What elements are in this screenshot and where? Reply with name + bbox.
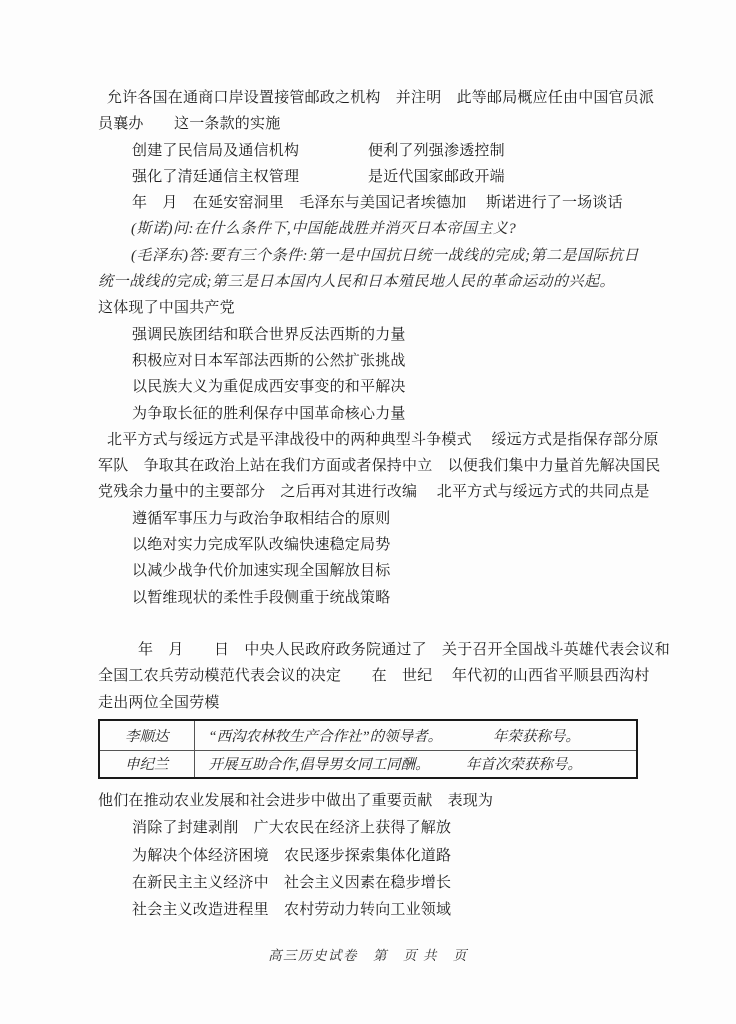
postal-option-b: 便利了列强渗透控制	[368, 138, 505, 164]
laborer-desc-cell: 开展互助合作,倡导男女同工同酬。 年首次荣获称号。	[194, 750, 637, 778]
exam-body-upper: 允许各国在通商口岸设置接管邮政之机构 并注明 此等邮局概应任由中国官员派 员襄办…	[98, 85, 640, 611]
snow-option-a: 强调民族团结和联合世界反法西斯的力量	[98, 322, 640, 348]
postal-option-c: 强化了清廷通信主权管理	[132, 164, 299, 190]
laomo-stem-line-3: 走出两位全国劳模	[98, 690, 640, 716]
snow-quote-line-3: 统一战线的完成;第三是日本国内人民和日本殖民地人民的革命运动的兴起。	[98, 269, 640, 295]
beiping-option-b: 以绝对实力完成军队改编快速稳定局势	[98, 532, 640, 558]
laomo-stem-line-2: 全国工农兵劳动模范代表会议的决定 在 世纪 年代初的山西省平顺县西沟村	[98, 663, 640, 689]
beiping-stem-line-2: 军队 争取其在政治上站在我们方面或者保持中立 以便我们集中力量首先解决国民	[98, 453, 640, 479]
table-row: 李顺达 “西沟农林牧生产合作社”的领导者。 年荣获称号。	[99, 720, 637, 750]
beiping-option-d: 以暂维现状的柔性手段侧重于统战策略	[98, 585, 640, 611]
laborer-name-cell: 申纪兰	[99, 750, 194, 778]
laomo-option-d: 社会主义改造进程里 农村劳动力转向工业领域	[98, 896, 640, 923]
page-footer: 高三历史试卷 第 页 共 页	[0, 944, 736, 964]
snow-option-b: 积极应对日本军部法西斯的公然扩张挑战	[98, 348, 640, 374]
beiping-stem-line-1: 北平方式与绥远方式是平津战役中的两种典型斗争模式 绥远方式是指保存部分原	[98, 427, 640, 453]
laomo-stem-after: 他们在推动农业发展和社会进步中做出了重要贡献 表现为	[98, 787, 640, 814]
laborer-name-cell: 李顺达	[99, 720, 194, 750]
snow-quote-line-2: (毛泽东)答:要有三个条件:第一是中国抗日统一战线的完成;第二是国际抗日	[98, 243, 640, 269]
exam-page: 允许各国在通商口岸设置接管邮政之机构 并注明 此等邮局概应任由中国官员派 员襄办…	[0, 0, 736, 1024]
table-row: 申纪兰 开展互助合作,倡导男女同工同酬。 年首次荣获称号。	[99, 750, 637, 778]
snow-stem-line-1: 年 月 在延安窑洞里 毛泽东与美国记者埃德加 斯诺进行了一场谈话	[98, 190, 640, 216]
postal-stem-line-2: 员襄办 这一条款的实施	[98, 111, 640, 137]
beiping-option-c: 以减少战争代价加速实现全国解放目标	[98, 558, 640, 584]
laomo-options-block: 他们在推动农业发展和社会进步中做出了重要贡献 表现为 消除了封建剥削 广大农民在…	[98, 787, 640, 923]
snow-option-d: 为争取长征的胜利保存中国革命核心力量	[98, 401, 640, 427]
beiping-stem-line-3: 党残余力量中的主要部分 之后再对其进行改编 北平方式与绥远方式的共同点是	[98, 479, 640, 505]
postal-option-row-1: 创建了民信局及通信机构 便利了列强渗透控制	[98, 138, 640, 164]
laomo-option-a: 消除了封建剥削 广大农民在经济上获得了解放	[98, 814, 640, 841]
snow-quote-line-1: (斯诺)问:在什么条件下,中国能战胜并消灭日本帝国主义?	[98, 216, 640, 242]
postal-option-row-2: 强化了清廷通信主权管理 是近代国家邮政开端	[98, 164, 640, 190]
laomo-stem-line-1: 年 月 日 中央人民政府政务院通过了 关于召开全国战斗英雄代表会议和	[98, 637, 640, 663]
postal-option-d: 是近代国家邮政开端	[368, 164, 505, 190]
snow-option-c: 以民族大义为重促成西安事变的和平解决	[98, 374, 640, 400]
beiping-option-a: 遵循军事压力与政治争取相结合的原则	[98, 506, 640, 532]
snow-stem-line-2: 这体现了中国共产党	[98, 295, 640, 321]
postal-stem-line-1: 允许各国在通商口岸设置接管邮政之机构 并注明 此等邮局概应任由中国官员派	[98, 85, 640, 111]
laomo-stem-block: 年 月 日 中央人民政府政务院通过了 关于召开全国战斗英雄代表会议和 全国工农兵…	[98, 637, 640, 716]
laomo-option-c: 在新民主主义经济中 社会主义因素在稳步增长	[98, 869, 640, 896]
laomo-option-b: 为解决个体经济困境 农民逐步探索集体化道路	[98, 842, 640, 869]
postal-option-a: 创建了民信局及通信机构	[132, 138, 299, 164]
laborer-table: 李顺达 “西沟农林牧生产合作社”的领导者。 年荣获称号。 申纪兰 开展互助合作,…	[98, 719, 638, 779]
laborer-desc-cell: “西沟农林牧生产合作社”的领导者。 年荣获称号。	[194, 720, 637, 750]
